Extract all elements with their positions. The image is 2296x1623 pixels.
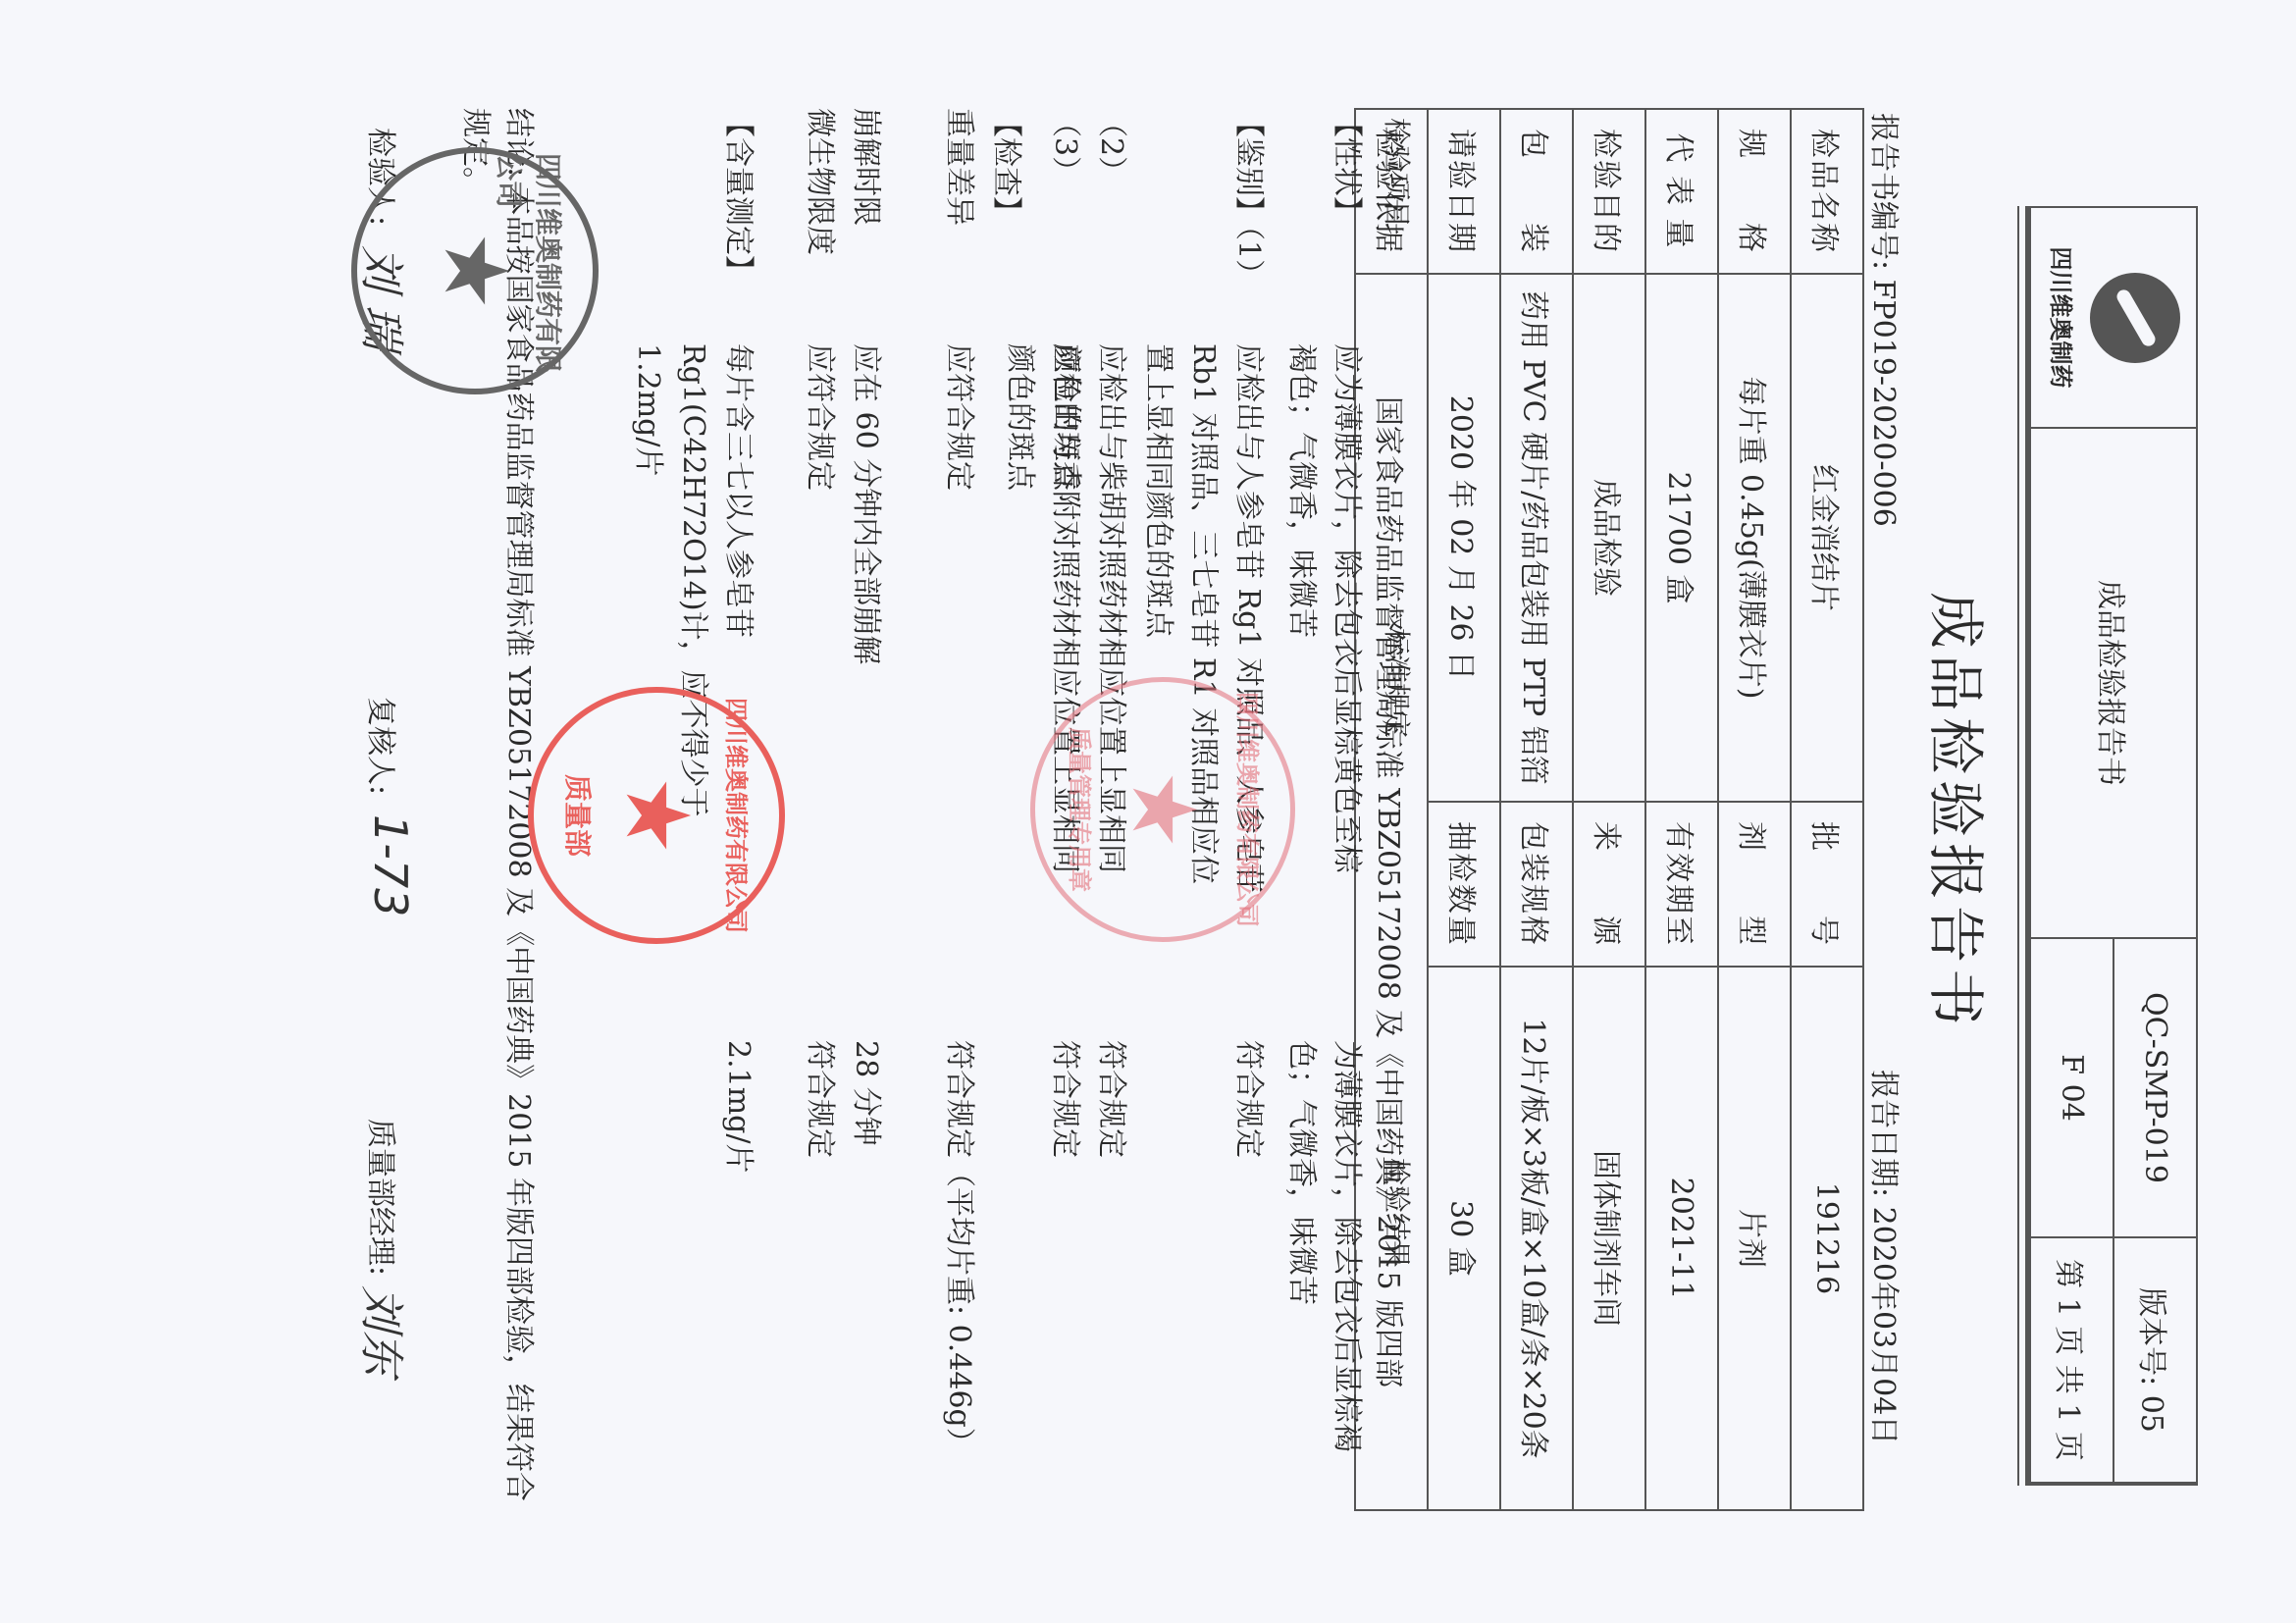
test-item-result: 为薄膜衣片，除去包衣后显棕褐色；气微香，味微苦 [1278, 1040, 1369, 1492]
test-item-name: 重量差异 [936, 108, 981, 226]
quality-mgmt-seal-pink: 四川维奥制药有限公司 ★ 质量管理专用章 [1030, 677, 1295, 942]
info-label2: 有效期至 [1645, 802, 1718, 967]
column-header-result: 检验结果 [1379, 1158, 1418, 1268]
info-value: 红金消结片 [1791, 274, 1863, 802]
info-row: 规 格每片重 0.45g(薄膜衣片)剂 型片剂 [1718, 109, 1791, 1510]
test-item-result: 符合规定（平均片重: 0.446g） [936, 1040, 981, 1492]
document-header: 四川维奥制药 成品检验报告书 QC-SMP-019 版本号: 05 F 04 第… [2027, 206, 2198, 1486]
info-label2: 剂 型 [1718, 802, 1791, 967]
info-label2: 批 号 [1791, 802, 1863, 967]
company-logo-cell: 四川维奥制药 [2029, 208, 2196, 429]
info-value2: 12片/板×3板/盒×10盒/条×20条 [1500, 967, 1573, 1510]
info-label: 规 格 [1718, 109, 1791, 274]
column-header-item: 检验项目 [1379, 118, 1418, 228]
info-value: 每片重 0.45g(薄膜衣片) [1718, 274, 1791, 802]
form-title: 成品检验报告书 [2029, 429, 2196, 939]
test-item-result: 符合规定 [1226, 1040, 1271, 1492]
info-row: 包 装药用 PVC 硬片/药品包装用 PTP 铝箔包装规格12片/板×3板/盒×… [1500, 109, 1573, 1510]
test-item-name: 崩解时限 [843, 108, 888, 226]
seal-dept-text: 质量管理专用章 [1065, 727, 1099, 892]
doc-code: QC-SMP-019 [2113, 939, 2196, 1238]
info-value2: 固体制剂车间 [1573, 967, 1645, 1510]
test-item-name: 【鉴别】（1） [1226, 108, 1271, 288]
info-value: 药用 PVC 硬片/药品包装用 PTP 铝箔 [1500, 274, 1573, 802]
seal-text: 四川维奥制药有限公司 [1232, 692, 1267, 927]
test-item-name: 微生物限度 [797, 108, 842, 255]
info-row: 代 表 量21700 盒有效期至2021-11 [1645, 109, 1718, 1510]
manager-label: 质量部经理: [357, 1119, 402, 1276]
test-item-result: 符合规定 [1088, 1040, 1133, 1492]
star-icon: ★ [1119, 770, 1207, 850]
test-item-standard: 应符合规定 [936, 343, 981, 893]
info-value2: 191216 [1791, 967, 1863, 1510]
page-info: 第 1 页 共 1 页 [2029, 1238, 2113, 1484]
info-value: 21700 盒 [1645, 274, 1718, 802]
quality-dept-seal-red: 四川维奥制药有限公司 ★ 质量部 [528, 687, 785, 944]
test-item-result: 符合规定 [797, 1040, 842, 1492]
test-item-name: 【检查】 [983, 108, 1028, 226]
page-title: 成品检验报告书 [1919, 0, 2002, 1623]
info-row: 检验目的成品检验来 源固体制剂车间 [1573, 109, 1645, 1510]
test-item-result: 符合规定 [1042, 1040, 1087, 1492]
test-item-result: 28 分钟 [843, 1040, 888, 1492]
info-label: 包 装 [1500, 109, 1573, 274]
test-item-standard: 应符合规定 [797, 343, 842, 893]
test-item-standard: 应在 60 分钟内全部崩解 [843, 343, 888, 893]
company-logo-icon [2091, 273, 2181, 363]
inspection-report-document: 四川维奥制药 成品检验报告书 QC-SMP-019 版本号: 05 F 04 第… [0, 0, 2296, 1623]
test-item-result: 2.1mg/片 [715, 1040, 760, 1492]
header-divider [2017, 206, 2028, 1486]
report-number: 报告书编号: FP019-2020-006 [1865, 113, 1908, 527]
test-item-name: （2） [1088, 108, 1133, 185]
info-row: 请验日期2020 年 02 月 26 日抽检数量30 盒 [1428, 109, 1500, 1510]
info-row: 检品名称红金消结片批 号191216 [1791, 109, 1863, 1510]
column-header-standard: 标准规定 [1379, 628, 1418, 738]
form-number: F 04 [2029, 939, 2113, 1238]
seal-text: 四川维奥制药有限公司 [721, 698, 756, 933]
info-label2: 包装规格 [1500, 802, 1573, 967]
info-label2: 来 源 [1573, 802, 1645, 967]
info-value: 2020 年 02 月 26 日 [1428, 274, 1500, 802]
version-number: 版本号: 05 [2113, 1238, 2196, 1484]
seal-text: 四川维奥制药有限公司 [491, 153, 569, 389]
info-label: 请验日期 [1428, 109, 1500, 274]
info-value2: 2021-11 [1645, 967, 1718, 1510]
info-label2: 抽检数量 [1428, 802, 1500, 967]
info-label: 代 表 量 [1645, 109, 1718, 274]
test-item-name: 【含量测定】 [715, 108, 760, 285]
seal-dept-text: 质量部 [559, 774, 599, 857]
company-name: 四川维奥制药 [2047, 247, 2081, 389]
info-label: 检验目的 [1573, 109, 1645, 274]
test-item-name: （3） [1042, 108, 1087, 185]
manager-signature: 刘东 [352, 1285, 417, 1376]
report-date: 报告日期: 2020年03月04日 [1865, 1070, 1908, 1444]
product-info-table: 检品名称红金消结片批 号191216规 格每片重 0.45g(薄膜衣片)剂 型片… [1354, 108, 1864, 1511]
star-icon: ★ [612, 776, 701, 856]
reviewer-signature: 1-73 [364, 814, 417, 916]
test-item-name: 【性状】 [1324, 108, 1369, 226]
info-value: 成品检验 [1573, 274, 1645, 802]
reviewer-label: 复核人: [357, 697, 402, 795]
info-label: 检品名称 [1791, 109, 1863, 274]
company-seal-gray: 四川维奥制药有限公司 ★ [351, 147, 599, 394]
info-value2: 30 盒 [1428, 967, 1500, 1510]
info-value2: 片剂 [1718, 967, 1791, 1510]
